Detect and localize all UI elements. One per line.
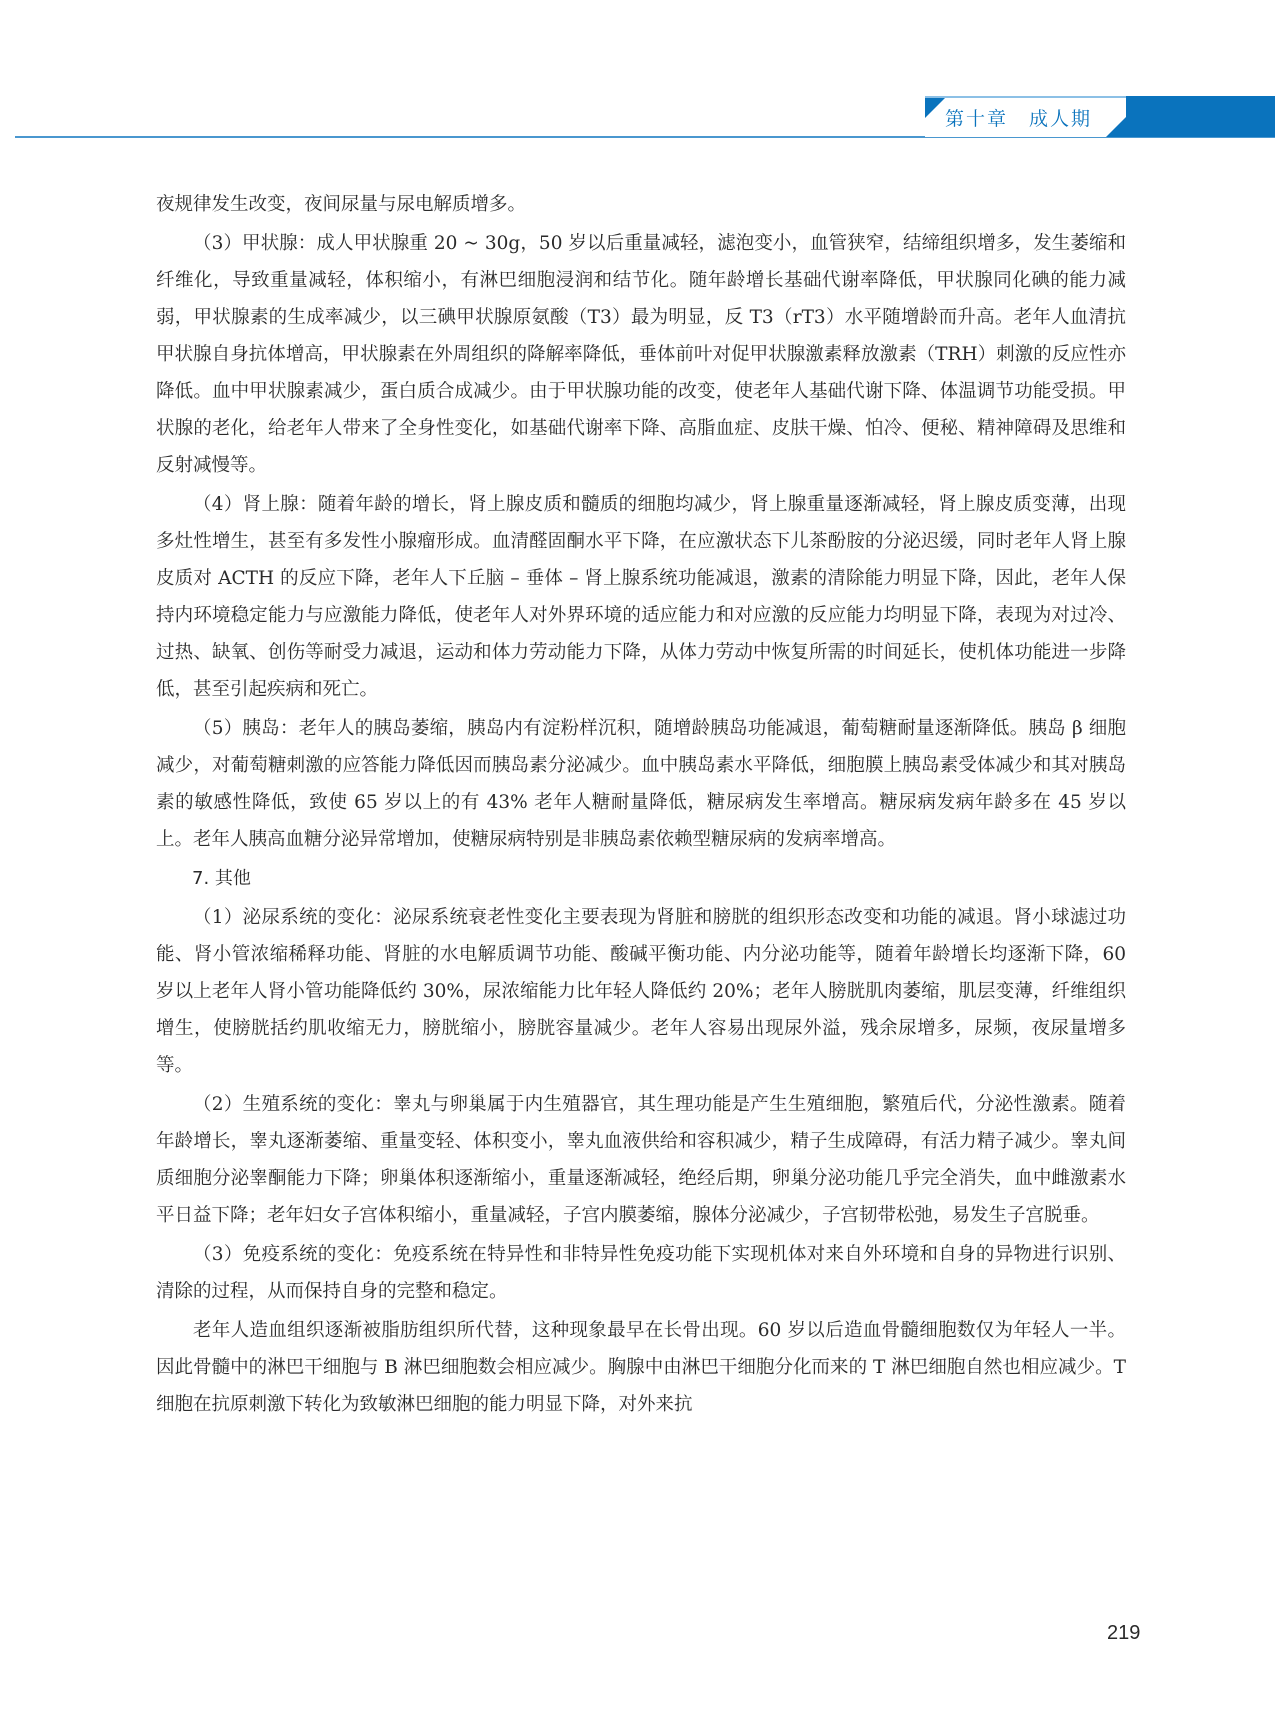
paragraph-continuation: 夜规律发生改变，夜间尿量与尿电解质增多。 [156, 186, 1126, 223]
paragraph-adrenal: （4）肾上腺：随着年龄的增长，肾上腺皮质和髓质的细胞均减少，肾上腺重量逐渐减轻，… [156, 486, 1126, 708]
paragraph-thyroid: （3）甲状腺：成人甲状腺重 20 ~ 30g，50 岁以后重量减轻，滤泡变小，血… [156, 225, 1126, 484]
paragraph-urinary-system: （1）泌尿系统的变化：泌尿系统衰老性变化主要表现为肾脏和膀胱的组织形态改变和功能… [156, 899, 1126, 1084]
corner-decoration-icon [1106, 117, 1126, 137]
chapter-header-label: 第十章 成人期 [925, 96, 1126, 137]
paragraph-immune-system: （3）免疫系统的变化：免疫系统在特异性和非特异性免疫功能下实现机体对来自外环境和… [156, 1236, 1126, 1310]
page-body: 夜规律发生改变，夜间尿量与尿电解质增多。 （3）甲状腺：成人甲状腺重 20 ~ … [156, 186, 1126, 1425]
header-accent-bar [1126, 96, 1275, 137]
paragraph-reproductive-system: （2）生殖系统的变化：睾丸与卵巢属于内生殖器官，其生理功能是产生生殖细胞，繁殖后… [156, 1086, 1126, 1234]
paragraph-hematopoietic: 老年人造血组织逐渐被脂肪组织所代替，这种现象最早在长骨出现。60 岁以后造血骨髓… [156, 1312, 1126, 1423]
section-heading-other: 7. 其他 [156, 860, 1126, 897]
chapter-title: 第十章 成人期 [945, 104, 1092, 131]
paragraph-pancreatic-islet: （5）胰岛：老年人的胰岛萎缩，胰岛内有淀粉样沉积，随增龄胰岛功能减退，葡萄糖耐量… [156, 710, 1126, 858]
corner-decoration-icon [925, 98, 945, 118]
page-number: 219 [1107, 1622, 1140, 1645]
